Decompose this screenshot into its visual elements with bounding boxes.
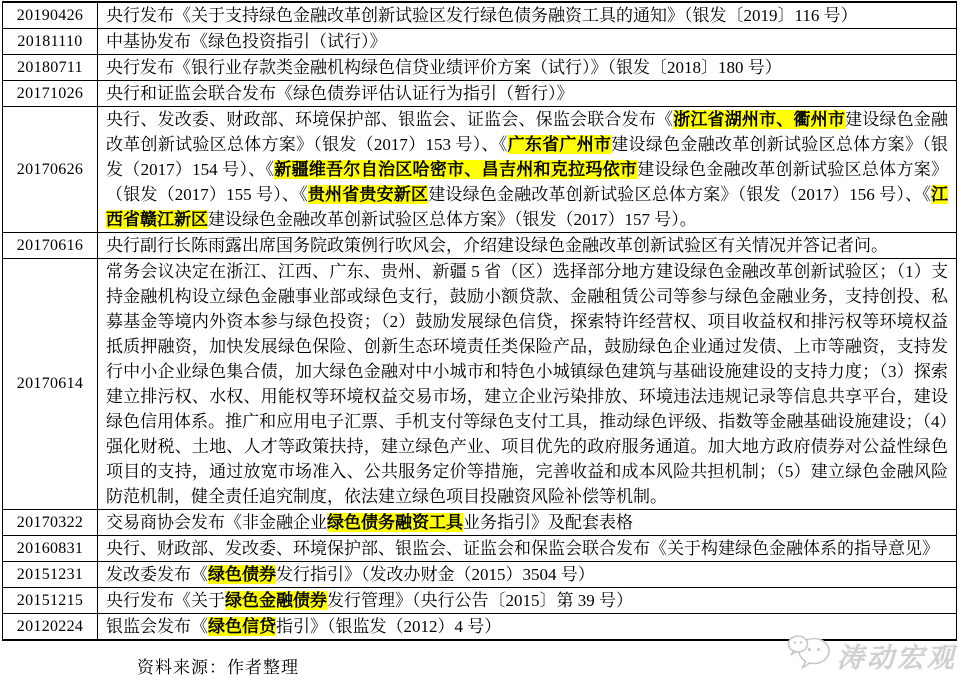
highlight-text: 绿色金融债券 [225,591,327,610]
highlight-text: 绿色债券 [208,565,276,584]
policy-table-body: 20190426央行发布《关于支持绿色金融改革创新试验区发行绿色债务融资工具的通… [3,2,957,640]
policy-text-cell: 央行副行长陈雨露出席国务院政策例行吹风会，介绍建设绿色金融改革创新试验区有关情况… [98,233,957,259]
highlight-text: 绿色债务融资工具 [327,513,463,532]
table-row: 20170626央行、发改委、财政部、环境保护部、银监会、证监会、保监会联合发布… [3,107,957,233]
policy-text-cell: 发改委发布《绿色债券发行指引》（发改办财金（2015）3504 号） [98,562,957,588]
plain-text: 指引》（银监发（2012）4 号） [276,617,501,636]
policy-text-cell: 央行、发改委、财政部、环境保护部、银监会、证监会、保监会联合发布《浙江省湖州市、… [98,107,957,233]
highlight-text: 绿色信贷 [208,617,276,636]
date-cell: 20171026 [3,81,98,107]
plain-text: 建设绿色金融改革创新试验区总体方案》（银发（2017）157 号）。 [208,210,697,229]
table-row: 20190426央行发布《关于支持绿色金融改革创新试验区发行绿色债务融资工具的通… [3,2,957,29]
policy-text-cell: 中基协发布《绿色投资指引（试行）》 [98,29,957,55]
table-row: 20181110中基协发布《绿色投资指引（试行）》 [3,29,957,55]
date-cell: 20120224 [3,614,98,641]
plain-text: 央行发布《银行业存款类金融机构绿色信贷业绩评价方案（试行）》（银发〔2018〕1… [106,58,782,77]
policy-text-cell: 央行、财政部、发改委、环境保护部、银监会、证监会和保监会联合发布《关于构建绿色金… [98,536,957,562]
date-cell: 20170614 [3,259,98,510]
date-cell: 20190426 [3,2,98,29]
highlight-text: 广东省广州市 [508,135,612,154]
table-row: 20171026央行和证监会联合发布《绿色债券评估认证行为指引（暂行）》 [3,81,957,107]
date-cell: 20170616 [3,233,98,259]
table-row: 20180711央行发布《银行业存款类金融机构绿色信贷业绩评价方案（试行）》（银… [3,55,957,81]
plain-text: 发行指引》（发改办财金（2015）3504 号） [276,565,595,584]
date-cell: 20151215 [3,588,98,614]
policy-text-cell: 央行发布《关于绿色金融债券发行管理》（央行公告〔2015〕第 39 号） [98,588,957,614]
plain-text: 交易商协会发布《非金融企业 [106,513,327,532]
policy-text-cell: 银监会发布《绿色信贷指引》（银监发（2012）4 号） [98,614,957,641]
highlight-text: 浙江省湖州市、衢州市 [673,110,845,129]
date-cell: 20170322 [3,510,98,536]
policy-table: 20190426央行发布《关于支持绿色金融改革创新试验区发行绿色债务融资工具的通… [2,1,957,641]
policy-text-cell: 央行和证监会联合发布《绿色债券评估认证行为指引（暂行）》 [98,81,957,107]
table-row: 20151215央行发布《关于绿色金融债券发行管理》（央行公告〔2015〕第 3… [3,588,957,614]
date-cell: 20181110 [3,29,98,55]
plain-text: 央行发布《关于支持绿色金融改革创新试验区发行绿色债务融资工具的通知》（银发〔20… [106,6,858,25]
table-row: 20120224银监会发布《绿色信贷指引》（银监发（2012）4 号） [3,614,957,641]
date-cell: 20151231 [3,562,98,588]
plain-text: 央行副行长陈雨露出席国务院政策例行吹风会，介绍建设绿色金融改革创新试验区有关情况… [106,236,888,255]
plain-text: 央行发布《关于 [106,591,225,610]
plain-text: 央行和证监会联合发布《绿色债券评估认证行为指引（暂行）》 [106,84,574,103]
table-row: 20170616央行副行长陈雨露出席国务院政策例行吹风会，介绍建设绿色金融改革创… [3,233,957,259]
plain-text: 央行、财政部、发改委、环境保护部、银监会、证监会和保监会联合发布《关于构建绿色金… [106,539,939,558]
plain-text: 业务指引》及配套表格 [463,513,633,532]
policy-text-cell: 央行发布《关于支持绿色金融改革创新试验区发行绿色债务融资工具的通知》（银发〔20… [98,2,957,29]
plain-text: 银监会发布《 [106,617,208,636]
plain-text: 发改委发布《 [106,565,208,584]
plain-text: 发行管理》（央行公告〔2015〕第 39 号） [327,591,633,610]
plain-text: 中基协发布《绿色投资指引（试行）》 [106,32,387,51]
table-row: 20170614常务会议决定在浙江、江西、广东、贵州、新疆 5 省（区）选择部分… [3,259,957,510]
highlight-text: 贵州省贵安新区 [308,185,428,204]
date-cell: 20180711 [3,55,98,81]
plain-text: 央行、发改委、财政部、环境保护部、银监会、证监会、保监会联合发布《 [106,110,673,129]
table-row: 20170322交易商协会发布《非金融企业绿色债务融资工具业务指引》及配套表格 [3,510,957,536]
source-note: 资料来源：作者整理 [137,653,963,678]
highlight-text: 新疆维吾尔自治区哈密市、昌吉州和克拉玛依市 [274,160,637,179]
plain-text: 常务会议决定在浙江、江西、广东、贵州、新疆 5 省（区）选择部分地方建设绿色金融… [106,262,948,506]
date-cell: 20170626 [3,107,98,233]
table-row: 20160831央行、财政部、发改委、环境保护部、银监会、证监会和保监会联合发布… [3,536,957,562]
table-row: 20151231发改委发布《绿色债券发行指引》（发改办财金（2015）3504 … [3,562,957,588]
plain-text: 建设绿色金融改革创新试验区总体方案》（银发（2017）156 号）、《 [428,185,931,204]
policy-text-cell: 央行发布《银行业存款类金融机构绿色信贷业绩评价方案（试行）》（银发〔2018〕1… [98,55,957,81]
date-cell: 20160831 [3,536,98,562]
policy-text-cell: 常务会议决定在浙江、江西、广东、贵州、新疆 5 省（区）选择部分地方建设绿色金融… [98,259,957,510]
policy-text-cell: 交易商协会发布《非金融企业绿色债务融资工具业务指引》及配套表格 [98,510,957,536]
